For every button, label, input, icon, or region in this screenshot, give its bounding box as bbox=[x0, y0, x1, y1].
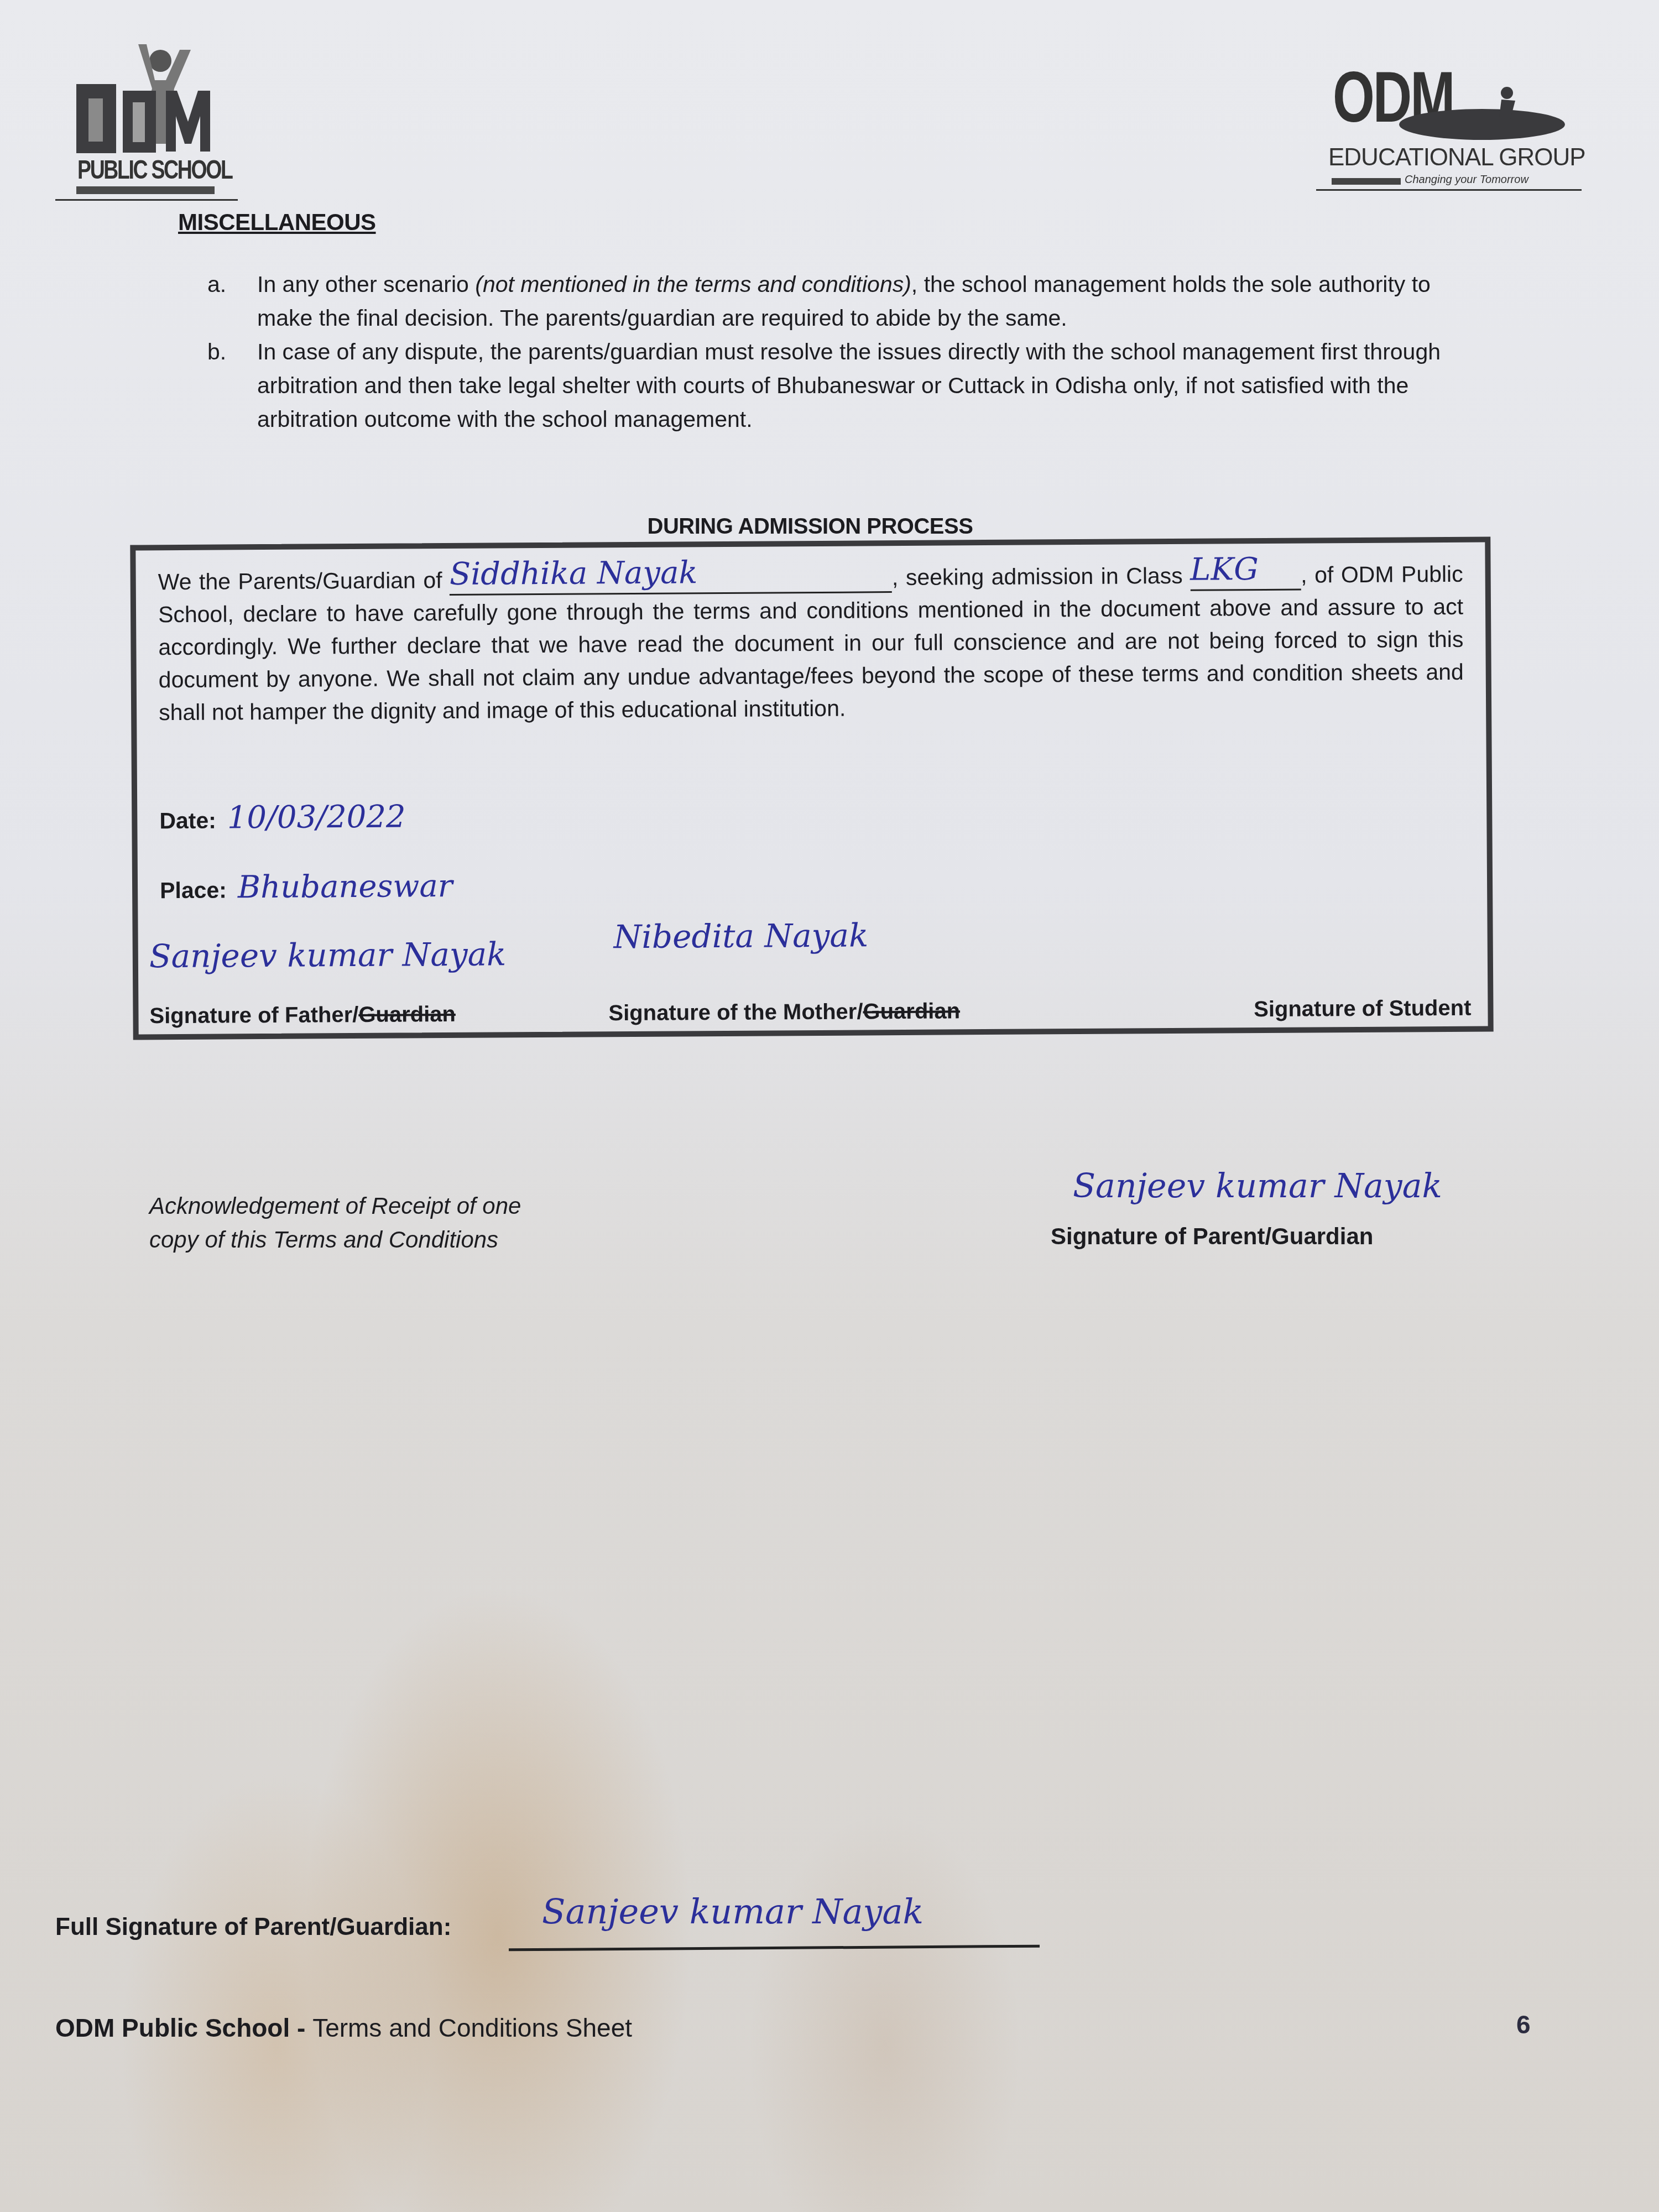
mother-signature-label: Signature of the Mother/Guardian bbox=[608, 999, 960, 1026]
footer-sheet-title: Terms and Conditions Sheet bbox=[312, 2013, 632, 2042]
list-item: b. In case of any dispute, the parents/g… bbox=[207, 335, 1463, 436]
class-handwritten: LKG bbox=[1190, 551, 1259, 588]
full-signature-field[interactable]: Sanjeev kumar Nayak bbox=[542, 1891, 924, 1932]
place-row: Place:Bhubaneswar bbox=[160, 868, 453, 906]
place-label: Place: bbox=[160, 877, 227, 903]
odm-educational-group-logo: ODM EDUCATIONAL GROUP Changing your Tomo… bbox=[1316, 61, 1593, 194]
student-name-field[interactable]: Siddhika Nayak bbox=[450, 561, 892, 596]
acknowledgement-text: Acknowledgement of Receipt of one copy o… bbox=[149, 1189, 521, 1256]
miscellaneous-heading: MISCELLANEOUS bbox=[178, 209, 376, 236]
father-signature-field[interactable]: Sanjeev kumar Nayak bbox=[149, 935, 507, 975]
left-logo-text: PUBLIC SCHOOL bbox=[77, 155, 232, 185]
right-logo-tagline: Changing your Tomorrow bbox=[1405, 174, 1528, 186]
acknowledgement-signature-label: Signature of Parent/Guardian bbox=[1051, 1223, 1373, 1250]
page-number: 6 bbox=[1516, 2010, 1531, 2039]
father-signature-label: Signature of Father/Guardian bbox=[149, 1002, 456, 1029]
acknowledgement-signature-field[interactable]: Sanjeev kumar Nayak bbox=[1073, 1167, 1442, 1206]
logo-divider bbox=[1316, 189, 1582, 191]
list-marker: b. bbox=[207, 335, 257, 436]
admission-declaration-box: We the Parents/Guardian of Siddhika Naya… bbox=[130, 536, 1493, 1040]
paper-stain bbox=[0, 1383, 1659, 2212]
right-logo-sub: EDUCATIONAL GROUP bbox=[1328, 144, 1585, 171]
admission-heading: DURING ADMISSION PROCESS bbox=[0, 514, 1620, 539]
date-field[interactable]: 10/03/2022 bbox=[227, 799, 406, 836]
list-text: In case of any dispute, the parents/guar… bbox=[257, 335, 1463, 436]
date-label: Date: bbox=[159, 808, 216, 834]
footer-school: ODM Public School bbox=[55, 2013, 290, 2042]
date-row: Date:10/03/2022 bbox=[159, 799, 406, 836]
student-name-handwritten: Siddhika Nayak bbox=[450, 555, 698, 592]
list-marker: a. bbox=[207, 268, 257, 335]
declaration-text: We the Parents/Guardian of Siddhika Naya… bbox=[158, 558, 1464, 729]
full-signature-line bbox=[509, 1945, 1040, 1952]
swoosh-runner-icon bbox=[1316, 61, 1593, 144]
place-field[interactable]: Bhubaneswar bbox=[238, 868, 453, 905]
logo-divider bbox=[55, 199, 238, 201]
list-text: In any other scenario (not mentioned in … bbox=[257, 268, 1463, 335]
tagline-bar bbox=[1332, 178, 1401, 185]
class-field[interactable]: LKG bbox=[1190, 559, 1301, 591]
miscellaneous-list: a. In any other scenario (not mentioned … bbox=[207, 268, 1463, 436]
page-footer: ODM Public School - Terms and Conditions… bbox=[55, 2013, 632, 2043]
student-signature-label: Signature of Student bbox=[1254, 996, 1472, 1022]
list-item: a. In any other scenario (not mentioned … bbox=[207, 268, 1463, 335]
full-signature-label: Full Signature of Parent/Guardian: bbox=[55, 1913, 451, 1941]
odm-public-school-logo: PUBLIC SCHOOL bbox=[55, 33, 276, 199]
mother-signature-field[interactable]: Nibedita Nayak bbox=[613, 916, 868, 956]
